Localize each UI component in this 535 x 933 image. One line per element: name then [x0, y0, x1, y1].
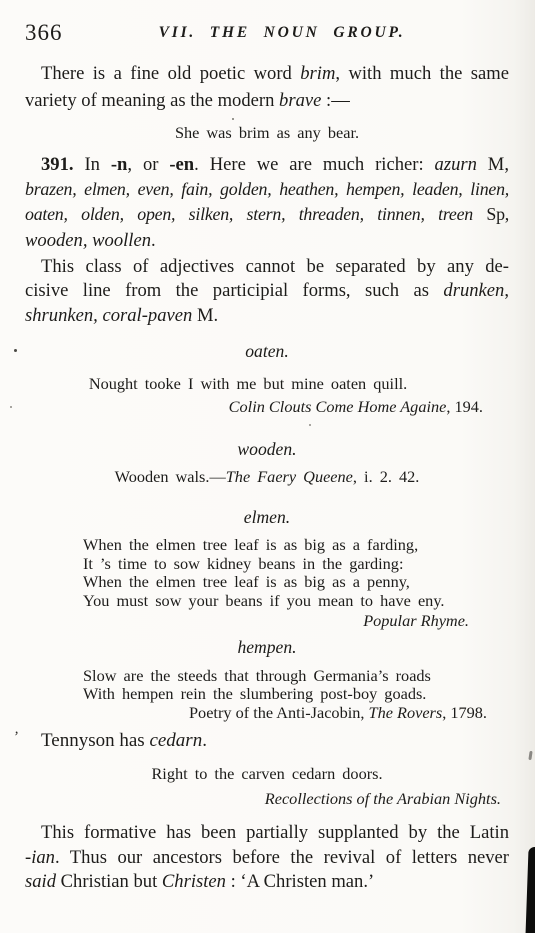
verse-quote-hempen: Slow are the steeds that through Germani…	[25, 667, 509, 703]
verse-line: Slow are the steeds that through Germani…	[83, 667, 509, 685]
text-line: cisive line from the participial forms, …	[25, 279, 509, 303]
text-line: wooden, woollen.	[25, 228, 509, 253]
source-title: The Faery Queene	[226, 467, 353, 486]
text-run: variety of meaning as the modern	[25, 90, 279, 111]
verse-line: She was brim as any bear.	[175, 123, 359, 142]
scan-speck	[309, 424, 311, 426]
text-run: M.	[192, 305, 218, 326]
scan-speck	[232, 118, 234, 120]
verse-line: When the elmen tree leaf is as big as a …	[83, 573, 509, 592]
text-run-italic: wooden, woollen	[25, 230, 151, 251]
text-run-italic: oaten, olden, open, silken, stern, threa…	[25, 204, 473, 224]
verse-line: When the elmen tree leaf is as big as a …	[83, 536, 509, 555]
scan-spine-shadow	[525, 847, 535, 933]
paragraph-latin: This formative has been partially suppla…	[25, 821, 509, 895]
text-line: said Christian but Christen : ‘A Christe…	[25, 870, 509, 895]
paragraph-391: 391. In -n, or -en. Here we are much ric…	[25, 152, 509, 253]
text-run-italic: Christen	[162, 871, 226, 892]
text-run: :—	[321, 90, 349, 111]
verse-line: Wooden wals.—	[115, 467, 226, 486]
source-title: The Rovers	[369, 703, 443, 722]
quote-attribution-elmen: Popular Rhyme.	[25, 611, 509, 631]
text-run-bold: -n	[111, 154, 128, 175]
source-text: Poetry of the Anti-Jacobin,	[189, 703, 369, 722]
text-run-italic: brave	[279, 90, 321, 111]
text-line: -ian. Thus our ancestors before the revi…	[25, 846, 509, 871]
quote-attribution-oaten: Colin Clouts Come Home Againe, 194.	[25, 397, 509, 417]
text-run: This formative has been partially suppla…	[41, 822, 509, 843]
text-line: This class of adjectives cannot be separ…	[25, 255, 509, 279]
text-run: M,	[477, 154, 509, 175]
scan-spine-tick	[528, 751, 532, 760]
verse-quote-brim: She was brim as any bear.	[25, 123, 509, 143]
paragraph-tennyson: Tennyson has cedarn.	[25, 728, 509, 755]
paragraph-intro: There is a fine old poetic word brim, wi…	[25, 61, 509, 114]
section-heading-wooden: wooden.	[25, 439, 509, 460]
text-run: : ‘A Christen man.’	[226, 871, 374, 892]
paragraph-participial: This class of adjectives cannot be separ…	[25, 255, 509, 328]
text-run: .	[202, 730, 207, 751]
text-run: cisive line from the participial forms, …	[25, 280, 443, 301]
text-run-italic: brim	[300, 63, 335, 84]
text-run: Christian but	[56, 871, 162, 892]
text-run: There is a fine old poetic word	[41, 63, 300, 84]
section-heading-hempen: hempen.	[25, 637, 509, 658]
section-heading-elmen: elmen.	[25, 507, 509, 528]
text-line: There is a fine old poetic word brim, wi…	[25, 61, 509, 88]
verse-quote-wooden: Wooden wals.—The Faery Queene, i. 2. 42.	[25, 467, 509, 487]
text-run-italic: shrunken, coral-paven	[25, 305, 192, 326]
text-run: , or	[127, 154, 169, 175]
text-run: . Thus our ancestors before the revival …	[55, 847, 509, 868]
text-run-italic: cedarn	[149, 730, 202, 751]
text-run-bold: -en	[169, 154, 194, 175]
text-run: This class of adjectives cannot be separ…	[41, 256, 509, 277]
page-header: 366 VII. THE NOUN GROUP.	[0, 20, 535, 50]
verse-quote-cedarn: Right to the carven cedarn doors.	[25, 764, 509, 784]
source-title: Colin Clouts Come Home Againe	[229, 397, 447, 416]
text-line: This formative has been partially suppla…	[25, 821, 509, 846]
scan-stray-mark: ’	[13, 729, 18, 746]
text-run: In	[74, 154, 111, 175]
text-run-italic: said	[25, 871, 56, 892]
source-ref: , 1798.	[442, 703, 487, 722]
verse-line: Right to the carven cedarn doors.	[151, 764, 382, 783]
page-number: 366	[25, 20, 63, 46]
verse-line: You must sow your beans if you mean to h…	[83, 592, 509, 611]
verse-quote-elmen: When the elmen tree leaf is as big as a …	[25, 536, 509, 610]
verse-line: Nought tooke I with me but mine oaten qu…	[89, 374, 407, 393]
text-line: 391. In -n, or -en. Here we are much ric…	[25, 152, 509, 177]
section-heading-oaten: oaten.	[25, 341, 509, 362]
quote-attribution-cedarn: Recollections of the Arabian Nights.	[25, 789, 509, 809]
verse-quote-oaten: Nought tooke I with me but mine oaten qu…	[25, 374, 509, 394]
quote-attribution-hempen: Poetry of the Anti-Jacobin, The Rovers, …	[25, 703, 509, 723]
running-header-title: VII. THE NOUN GROUP.	[159, 24, 406, 42]
book-page: 366 VII. THE NOUN GROUP. There is a fine…	[0, 0, 535, 933]
source-ref: , i. 2. 42.	[353, 467, 419, 486]
text-run: , with much the same	[335, 63, 509, 84]
text-run: Tennyson has	[41, 730, 149, 751]
section-number: 391.	[41, 154, 74, 175]
text-run-italic: drunken	[443, 280, 504, 301]
text-run-italic: azurn	[435, 154, 477, 175]
text-run-italic: -ian	[25, 847, 55, 868]
text-line: variety of meaning as the modern brave :…	[25, 88, 509, 115]
text-run: Sp,	[473, 204, 509, 224]
verse-line: It ’s time to sow kidney beans in the ga…	[83, 555, 509, 574]
verse-line: With hempen rein the slumbering post-boy…	[83, 685, 509, 703]
text-line: oaten, olden, open, silken, stern, threa…	[25, 202, 509, 227]
text-run: .	[151, 230, 156, 251]
text-run-italic: brazen, elmen, even, fain, golden, heath…	[25, 179, 509, 199]
text-run: . Here we are much richer:	[194, 154, 434, 175]
text-line: shrunken, coral-paven M.	[25, 304, 509, 328]
scan-speck	[14, 349, 17, 352]
scan-speck	[10, 406, 12, 408]
source-ref: , 194.	[446, 397, 483, 416]
text-run: ,	[504, 280, 509, 301]
text-line: brazen, elmen, even, fain, golden, heath…	[25, 177, 509, 202]
